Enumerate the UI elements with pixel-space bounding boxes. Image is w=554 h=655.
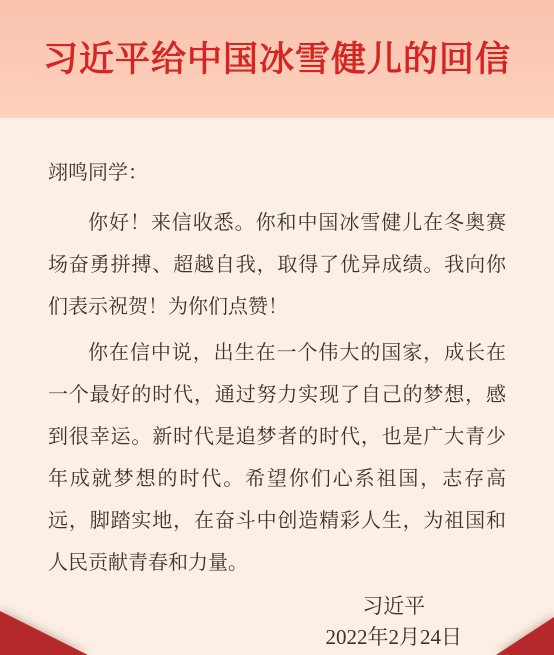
- signature-block: 习近平 2022年2月24日: [326, 591, 463, 653]
- letter-page: 习近平给中国冰雪健儿的回信 翊鸣同学： 你好！来信收悉。你和中国冰雪健儿在冬奥赛…: [0, 0, 554, 655]
- envelope-corner-right: [496, 617, 554, 655]
- title-banner: 习近平给中国冰雪健儿的回信: [0, 0, 554, 118]
- envelope-corner-left: [0, 611, 88, 655]
- envelope-flap-right-icon: [496, 617, 554, 655]
- paragraph-2: 你在信中说，出生在一个伟大的国家，成长在一个最好的时代，通过努力实现了自己的梦想…: [48, 332, 506, 584]
- letter-body: 翊鸣同学： 你好！来信收悉。你和中国冰雪健儿在冬奥赛场奋勇拼搏、超越自我，取得了…: [0, 118, 554, 584]
- signature-name: 习近平: [326, 591, 463, 622]
- salutation: 翊鸣同学：: [48, 152, 506, 194]
- signature-date: 2022年2月24日: [326, 622, 463, 653]
- paragraph-1: 你好！来信收悉。你和中国冰雪健儿在冬奥赛场奋勇拼搏、超越自我，取得了优异成绩。我…: [48, 202, 506, 328]
- letter-title: 习近平给中国冰雪健儿的回信: [43, 32, 511, 86]
- envelope-flap-left-icon: [0, 611, 88, 655]
